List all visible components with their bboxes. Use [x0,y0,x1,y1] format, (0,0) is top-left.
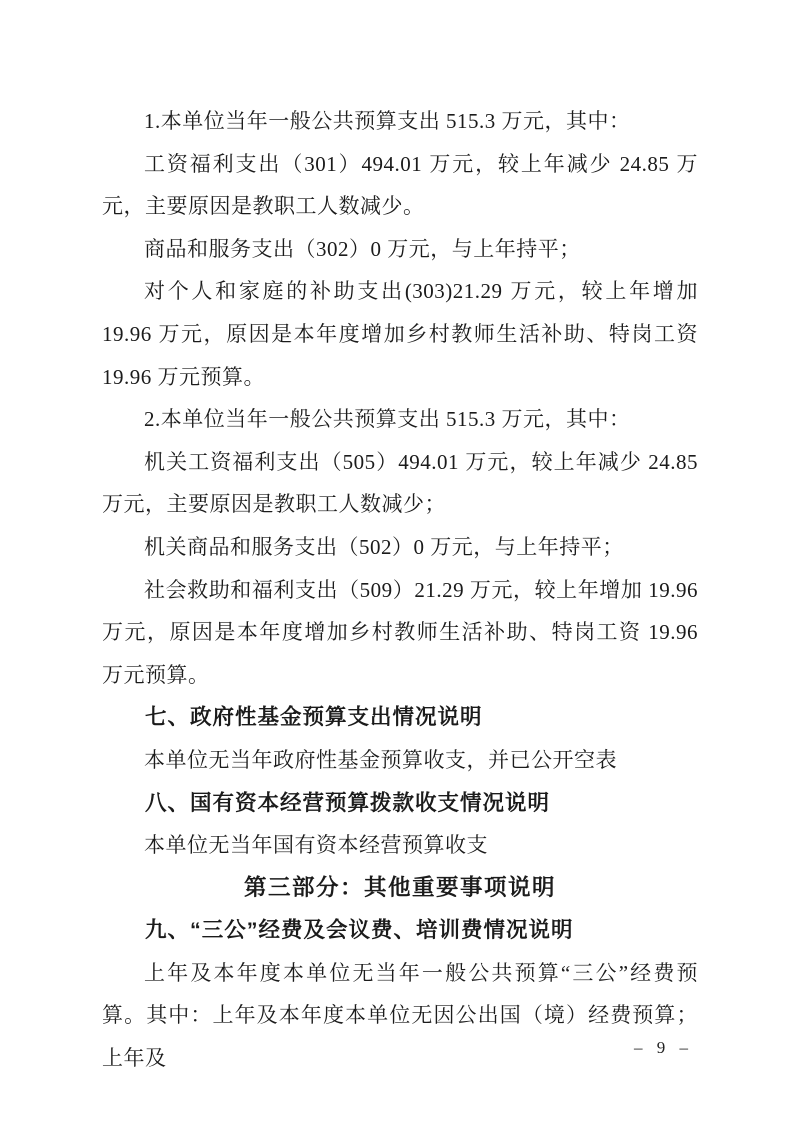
document-body: 1.本单位当年一般公共预算支出 515.3 万元，其中： 工资福利支出（301）… [102,100,698,1080]
paragraph-social-assistance-welfare-509: 社会救助和福利支出（509）21.29 万元，较上年增加 19.96 万元，原因… [102,569,698,697]
section-heading-8-state-capital: 八、国有资本经营预算拨款收支情况说明 [102,782,698,825]
part-title-other-important-matters: 第三部分：其他重要事项说明 [102,867,698,910]
paragraph-no-state-capital-budget: 本单位无当年国有资本经营预算收支 [102,824,698,867]
paragraph-goods-services-302: 商品和服务支出（302）0 万元，与上年持平； [102,228,698,271]
page-number: – 9 – [0,1038,793,1058]
paragraph-budget-expenditure-total-1: 1.本单位当年一般公共预算支出 515.3 万元，其中： [102,100,698,143]
paragraph-budget-expenditure-total-2: 2.本单位当年一般公共预算支出 515.3 万元，其中： [102,398,698,441]
paragraph-agency-wage-welfare-505: 机关工资福利支出（505）494.01 万元，较上年减少 24.85 万元，主要… [102,441,698,526]
paragraph-agency-goods-services-502: 机关商品和服务支出（502）0 万元，与上年持平； [102,526,698,569]
section-heading-7-government-fund: 七、政府性基金预算支出情况说明 [102,696,698,739]
document-page: 1.本单位当年一般公共预算支出 515.3 万元，其中： 工资福利支出（301）… [0,0,793,1122]
paragraph-individual-family-subsidy-303: 对个人和家庭的补助支出(303)21.29 万元，较上年增加 19.96 万元，… [102,270,698,398]
paragraph-three-public-expenses-note: 上年及本年度本单位无当年一般公共预算“三公”经费预算。其中：上年及本年度本单位无… [102,952,698,1080]
section-heading-9-three-public-expenses: 九、“三公”经费及会议费、培训费情况说明 [102,909,698,952]
paragraph-wage-welfare-301: 工资福利支出（301）494.01 万元，较上年减少 24.85 万元，主要原因… [102,143,698,228]
paragraph-no-government-fund-budget: 本单位无当年政府性基金预算收支，并已公开空表 [102,739,698,782]
